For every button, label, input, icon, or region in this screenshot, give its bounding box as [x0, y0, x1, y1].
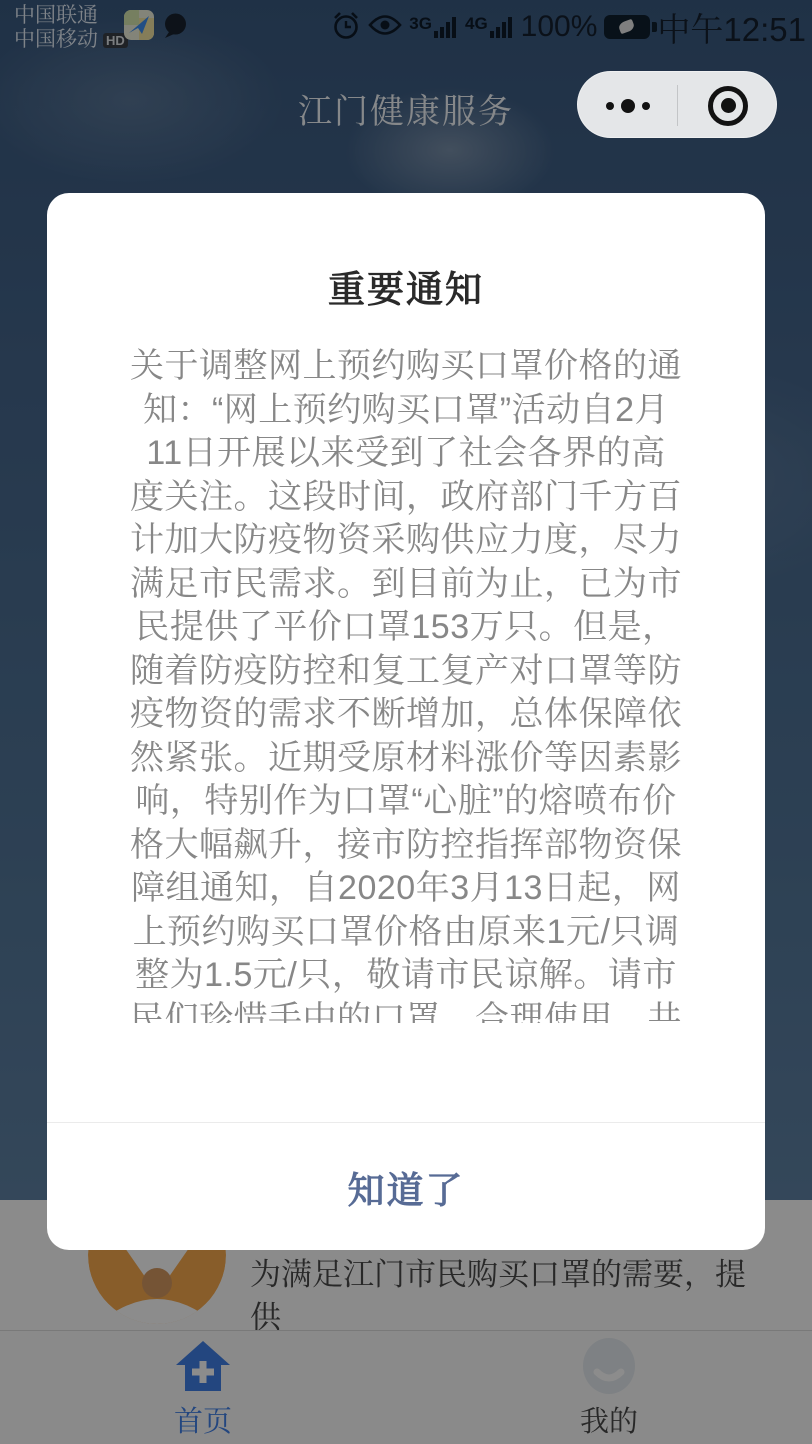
notice-text-line: 满足市民需求。到目前为止，已为市 [73, 563, 739, 607]
notice-modal: 重要通知 关于调整网上预约购买口罩价格的通知：“网上预约购买口罩”活动自2月11… [47, 193, 765, 1250]
notice-text-line: 民提供了平价口罩153万只。但是， [73, 606, 739, 650]
notice-text-line: 障组通知，自2020年3月13日起，网 [73, 867, 739, 911]
notice-text-line: 关于调整网上预约购买口罩价格的通 [73, 345, 739, 389]
more-dot [642, 102, 650, 110]
exit-button[interactable] [678, 72, 778, 139]
mini-program-screen: 中国联通 中国移动 HD [0, 0, 812, 1444]
exit-circle-icon [708, 86, 748, 126]
notice-text-line: 计加大防疫物资采购供应力度，尽力 [73, 519, 739, 563]
notice-text-line: 度关注。这段时间，政府部门千方百 [73, 476, 739, 520]
modal-body-text: 关于调整网上预约购买口罩价格的通知：“网上预约购买口罩”活动自2月11日开展以来… [73, 345, 739, 1023]
more-dot [606, 102, 614, 110]
more-menu-button[interactable] [578, 72, 677, 139]
notice-text-line: 随着防疫防控和复工复产对口罩等防 [73, 650, 739, 694]
notice-text-line: 知：“网上预约购买口罩”活动自2月 [73, 389, 739, 433]
notice-text-line: 民们珍惜手中的口罩，合理使用，共 [73, 998, 739, 1024]
notice-text-line: 疫物资的需求不断增加，总体保障依 [73, 693, 739, 737]
notice-text-line: 响，特别作为口罩“心脏”的熔喷布价 [73, 780, 739, 824]
confirm-button[interactable]: 知道了 [47, 1123, 765, 1250]
notice-text-line: 整为1.5元/只，敬请市民谅解。请市 [73, 954, 739, 998]
notice-text-line: 11日开展以来受到了社会各界的高 [73, 432, 739, 476]
modal-title: 重要通知 [47, 259, 765, 313]
notice-text-line: 然紧张。近期受原材料涨价等因素影 [73, 737, 739, 781]
mini-program-capsule [577, 71, 777, 138]
notice-text-line: 上预约购买口罩价格由原来1元/只调 [73, 911, 739, 955]
more-dot [621, 99, 635, 113]
notice-text-line: 格大幅飙升，接市防控指挥部物资保 [73, 824, 739, 868]
